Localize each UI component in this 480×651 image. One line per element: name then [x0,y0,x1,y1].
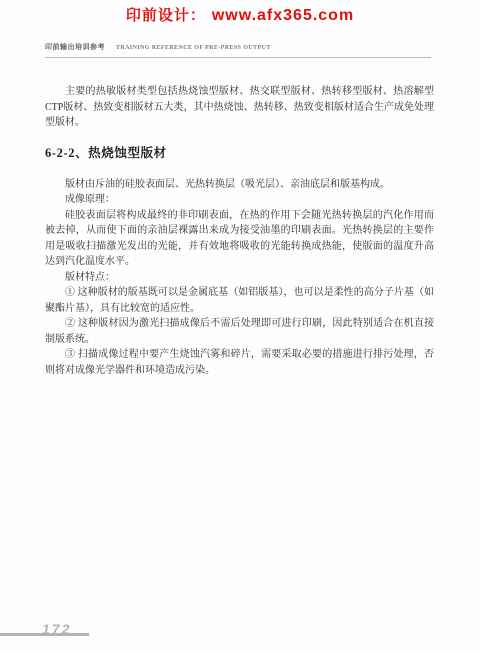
paragraph-features-label: 版材特点： [45,270,434,286]
paragraph-composition: 版材由斥油的硅胶表面层、光热转换层（吸光层）、亲油底层和版基构成。 [45,177,434,193]
paragraph-imaging-principle-label: 成像原理： [45,192,434,208]
page-number: 172 [42,621,71,637]
header-title-en: TRAINING REFERENCE OF PRE-PRESS OUTPUT [116,45,271,51]
page-body: 主要的热敏版材类型包括热烧蚀型版材、热交联型版材、热转移型版材、热溶解型CTP版… [45,84,434,378]
paragraph-feature-1: ① 这种版材的版基既可以是金属底基（如铝版基），也可以是柔性的高分子片基（如聚酯… [45,285,434,316]
intro-paragraph: 主要的热敏版材类型包括热烧蚀型版材、热交联型版材、热转移型版材、热溶解型CTP版… [45,84,434,131]
document-page: 印前设计：www.afx365.com 印前输出培训参考 TRAINING RE… [0,0,480,651]
paragraph-feature-3: ③ 扫描成像过程中要产生烧蚀汽雾和碎片，需要采取必要的措施进行排污处理，否则将对… [45,347,434,378]
paragraph-imaging-principle: 硅胶表面层将构成最终的非印刷表面，在热的作用下会随光热转换层的汽化作用而被去掉，… [45,208,434,270]
header-title-cn: 印前输出培训参考 [45,43,105,51]
running-header: 印前输出培训参考 TRAINING REFERENCE OF PRE-PRESS… [45,36,431,58]
section-heading: 6-2-2、热烧蚀型版材 [45,145,434,162]
watermark-site-url: www.afx365.com [212,7,354,24]
paragraph-feature-2: ② 这种版材因为激光扫描成像后不需后处理即可进行印刷，因此特别适合在机直接制版系… [45,316,434,347]
watermark-banner: 印前设计：www.afx365.com [0,4,480,25]
watermark-title-cn: 印前设计： [126,8,206,24]
